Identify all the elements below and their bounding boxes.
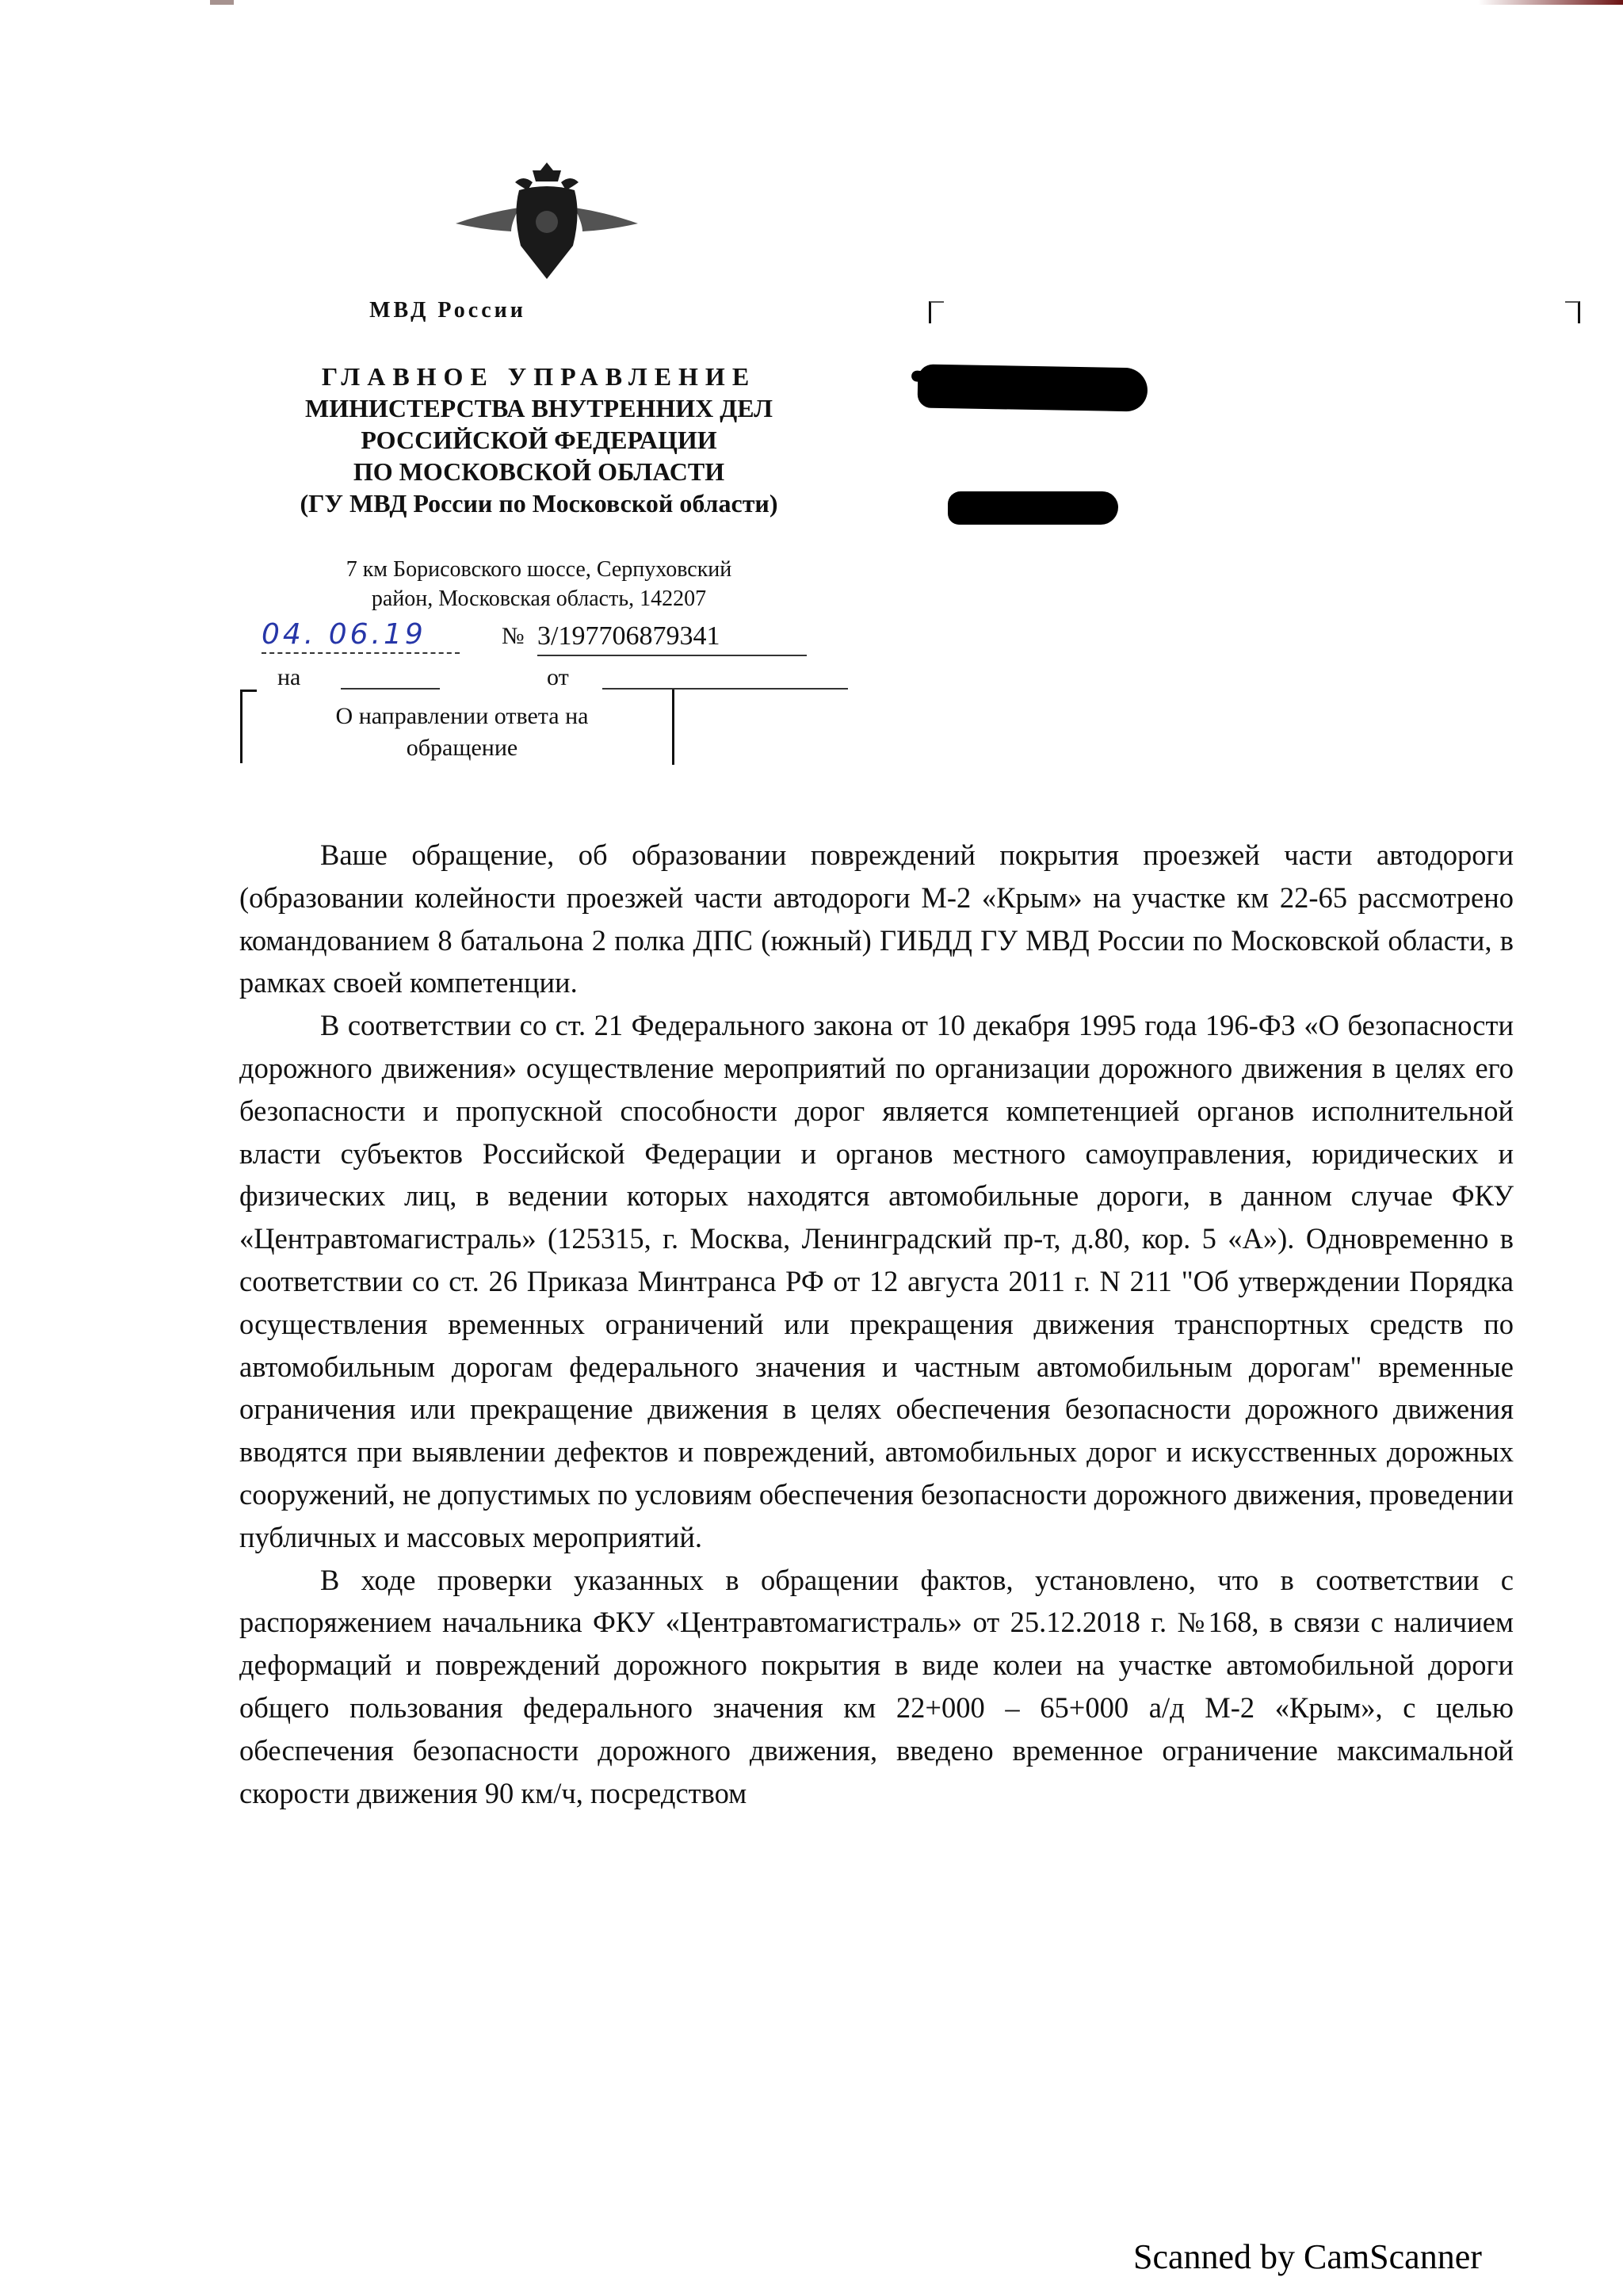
org-line: ГЛАВНОЕ УПРАВЛЕНИЕ [238,361,840,392]
addressee-corner-right [1565,301,1580,323]
handwritten-date: 04. 06.19 [262,618,460,654]
bracket-left [240,690,257,763]
redacted-addressee-address [948,491,1118,525]
address-line: район, Московская область, 142207 [238,584,840,613]
org-line: РОССИЙСКОЙ ФЕДЕРАЦИИ [238,424,840,456]
registration-number: 3/197706879341 [537,621,807,656]
org-line: (ГУ МВД России по Московской области) [238,487,840,519]
camscanner-watermark: Scanned by CamScanner [1133,2237,1482,2277]
body-paragraph: В ходе проверки указанных в обращении фа… [239,1559,1514,1815]
body-paragraph: Ваше обращение, об образовании поврежден… [239,834,1514,1004]
ot-label: от [547,664,569,691]
addressee-block [911,269,1585,539]
addressee-corner-left [929,301,944,323]
number-sign: № [502,623,525,650]
redacted-addressee-name [918,364,1148,411]
subject-text: О направлении ответа на обращение [264,701,660,764]
subject-line: обращение [264,732,660,764]
org-short-name: МВД России [238,298,658,323]
body-paragraph: В соответствии со ст. 21 Федерального за… [239,1004,1514,1558]
address-line: 7 км Борисовского шоссе, Серпуховский [238,555,840,584]
scan-edge-artifact-right [1478,0,1623,5]
org-address: 7 км Борисовского шоссе, Серпуховский ра… [238,555,840,613]
scan-edge-artifact-left [210,0,234,5]
double-headed-eagle-emblem-icon [440,159,654,285]
subject-line: О направлении ответа на [264,701,660,732]
na-label: на [277,664,300,691]
org-line: ПО МОСКОВСКОЙ ОБЛАСТИ [238,456,840,487]
org-line: МИНИСТЕРСТВА ВНУТРЕННИХ ДЕЛ [238,392,840,424]
org-full-name: ГЛАВНОЕ УПРАВЛЕНИЕ МИНИСТЕРСТВА ВНУТРЕНН… [238,361,840,519]
registration-row: 04. 06.19 № 3/197706879341 [238,618,872,658]
bracket-right [672,690,674,765]
subject-block: О направлении ответа на обращение [240,688,684,767]
letter-body: Ваше обращение, об образовании поврежден… [239,834,1514,1814]
